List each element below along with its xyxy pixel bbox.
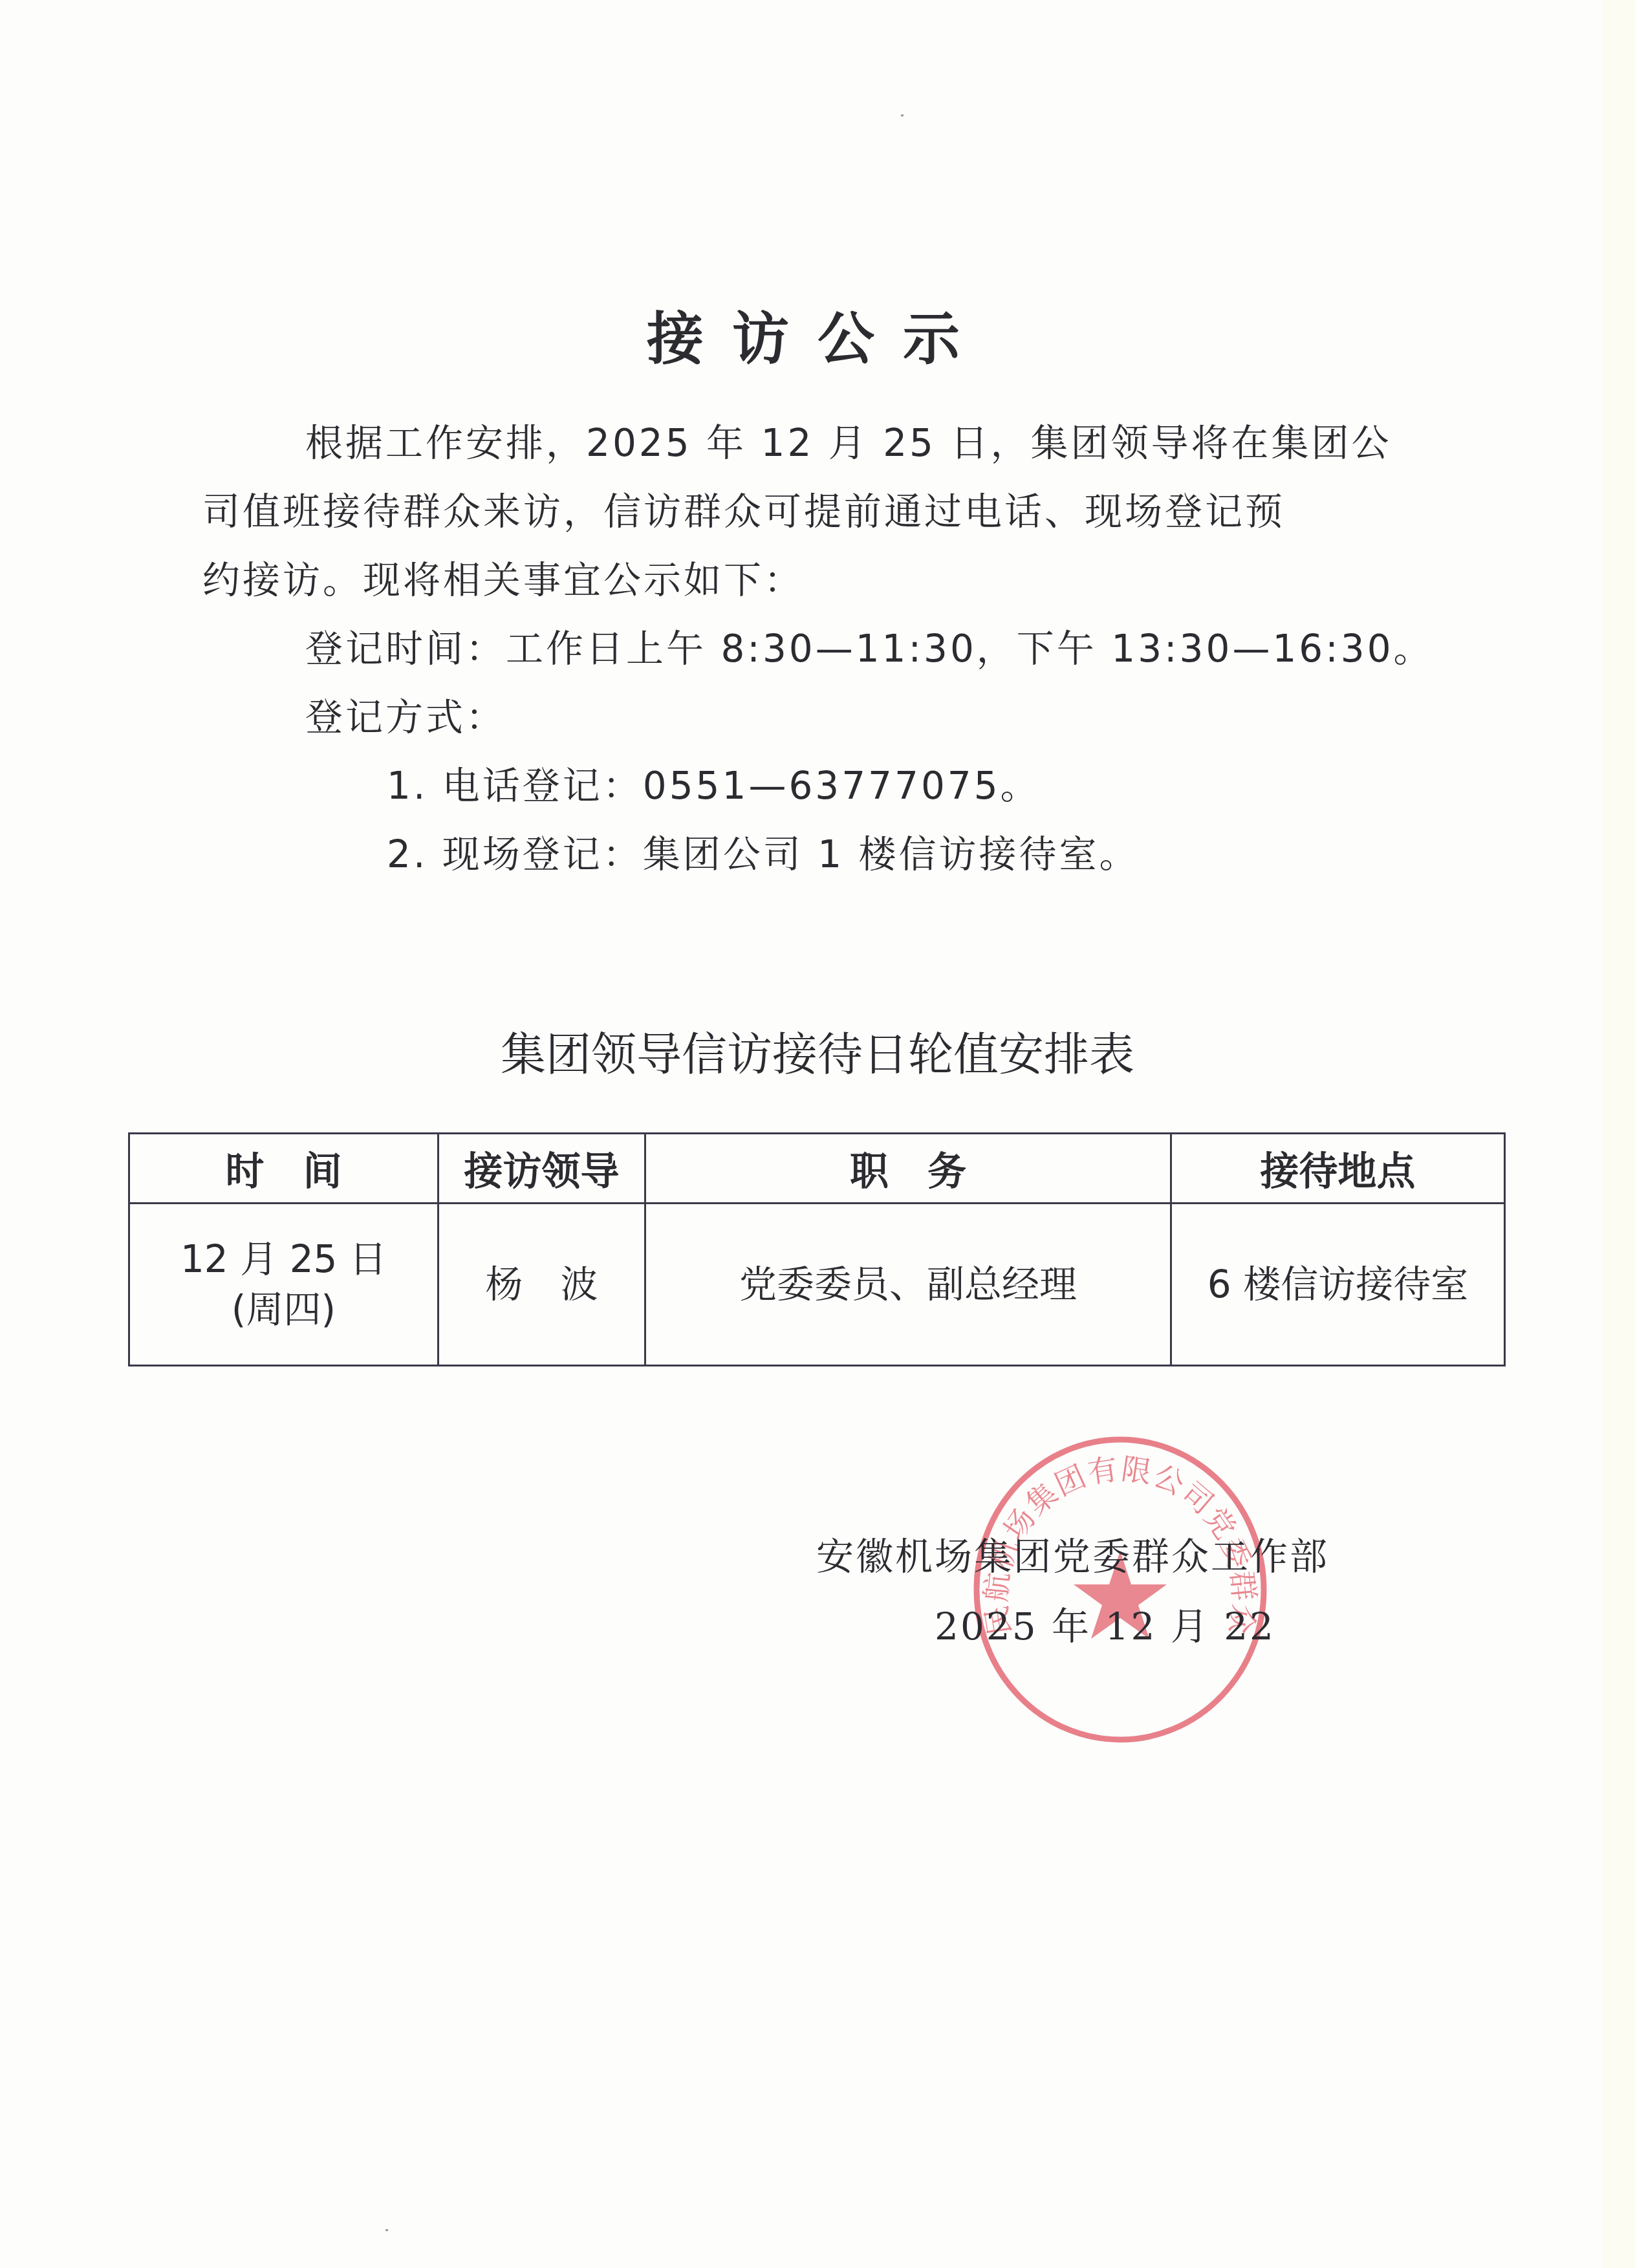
signature-date: 2025 年 12 月 22 <box>935 1596 1275 1650</box>
registration-method-phone: 1. 电话登记：0551—63777075。 <box>387 755 1041 810</box>
registration-methods-label: 登记方式： <box>305 687 506 741</box>
signature-department: 安徽机场集团党委群众工作部 <box>816 1526 1329 1581</box>
cell-location: 6 楼信访接待室 <box>1171 1204 1504 1366</box>
official-seal-stamp: 安徽省民航机场集团有限公司党委群众工作部 <box>971 1434 1269 1745</box>
column-header-leader: 接访领导 <box>438 1134 645 1204</box>
scan-speck <box>385 2229 388 2231</box>
table-row: 12 月 25 日 (周四) 杨 波 党委委员、副总经理 6 楼信访接待室 <box>129 1204 1505 1366</box>
column-header-time: 时 间 <box>129 1134 439 1204</box>
intro-line-1: 根据工作安排，2025 年 12 月 25 日，集团领导将在集团公 <box>305 413 1391 467</box>
document-title: 接访公示 <box>0 294 1635 375</box>
intro-line-2: 司值班接待群众来访，信访群众可提前通过电话、现场登记预 <box>202 481 1285 535</box>
table-header-row: 时 间 接访领导 职 务 接待地点 <box>129 1134 1505 1204</box>
registration-time: 登记时间：工作日上午 8:30—11:30，下午 13:30—16:30。 <box>305 618 1434 673</box>
registration-method-onsite: 2. 现场登记：集团公司 1 楼信访接待室。 <box>387 824 1140 878</box>
cell-date: 12 月 25 日 (周四) <box>129 1204 439 1366</box>
schedule-title: 集团领导信访接待日轮值安排表 <box>0 1019 1635 1084</box>
cell-position: 党委委员、副总经理 <box>645 1204 1171 1366</box>
cell-date-day: 12 月 25 日 <box>130 1234 437 1284</box>
column-header-location: 接待地点 <box>1171 1134 1504 1204</box>
cell-leader: 杨 波 <box>438 1204 645 1366</box>
column-header-position: 职 务 <box>645 1134 1171 1204</box>
scan-speck <box>901 114 904 116</box>
schedule-table: 时 间 接访领导 职 务 接待地点 12 月 25 日 (周四) 杨 波 党委委… <box>128 1132 1506 1366</box>
intro-line-3: 约接访。现将相关事宜公示如下： <box>202 550 804 604</box>
cell-date-weekday: (周四) <box>130 1284 437 1335</box>
